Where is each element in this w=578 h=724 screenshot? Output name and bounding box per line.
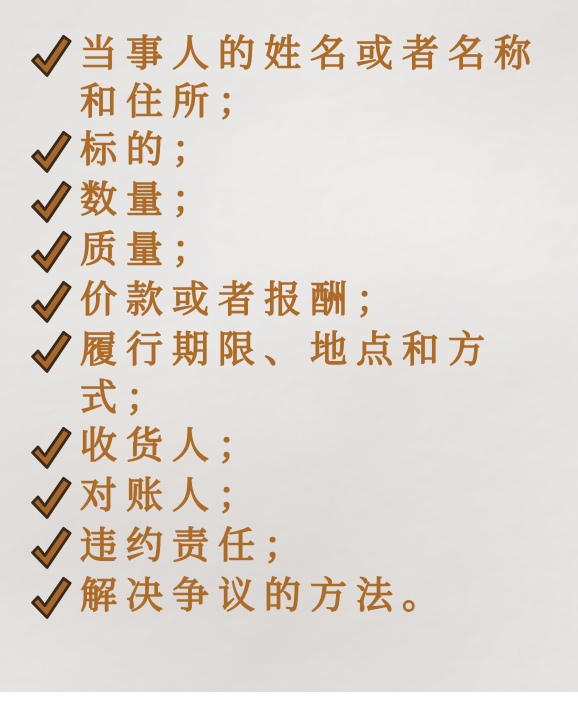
list-item: 数量； [28,176,568,226]
list-item-text: 对账人； [80,472,568,520]
list-item-text: 质量； [80,226,568,274]
crumpled-paper-background: 当事人的姓名或者名称和住所； 标的； 数量； 质量； [0,0,578,708]
list-item-text: 当事人的姓名或者名称和住所； [80,30,568,126]
checkmark-icon [28,128,80,176]
checkmark-icon [28,278,80,326]
checkmark-icon [28,32,80,80]
checklist: 当事人的姓名或者名称和住所； 标的； 数量； 质量； [0,0,578,622]
checkmark-icon [28,424,80,472]
list-item-text: 解决争议的方法。 [80,572,568,620]
checkmark-icon [28,178,80,226]
list-item: 标的； [28,126,568,176]
checkmark-icon [28,328,80,376]
list-item: 收货人； [28,422,568,472]
list-item: 质量； [28,226,568,276]
list-item-text: 履行期限、地点和方式； [80,326,568,422]
list-item-text: 标的； [80,126,568,174]
list-item-text: 数量； [80,176,568,224]
checkmark-icon [28,574,80,622]
list-item-text: 价款或者报酬； [80,276,568,324]
checkmark-icon [28,474,80,522]
list-item-text: 违约责任； [80,522,568,570]
list-item: 解决争议的方法。 [28,572,568,622]
list-item: 对账人； [28,472,568,522]
list-item: 当事人的姓名或者名称和住所； [28,30,568,126]
list-item: 履行期限、地点和方式； [28,326,568,422]
checkmark-icon [28,228,80,276]
list-item: 价款或者报酬； [28,276,568,326]
checkmark-icon [28,524,80,572]
list-item: 违约责任； [28,522,568,572]
bottom-white-strip [0,692,578,708]
list-item-text: 收货人； [80,422,568,470]
